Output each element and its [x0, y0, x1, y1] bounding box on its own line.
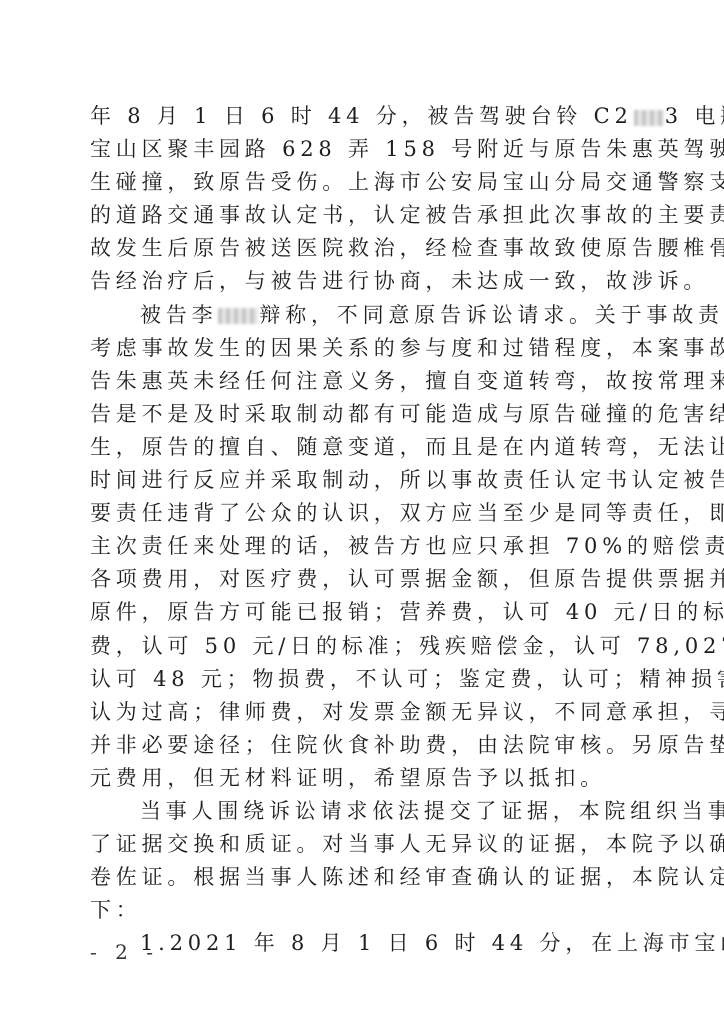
text-line: 并非必要途径；住院伙食补助费，由法院审核。另原告垫付过 200 — [90, 729, 635, 762]
text-segment: 并非必要途径；住院伙食补助费，由法院审核。另原告垫付过 200 — [90, 733, 724, 757]
text-segment: 考虑事故发生的因果关系的参与度和过错程度，本案事故中，原 — [90, 336, 724, 360]
text-segment: 了证据交换和质证。对当事人无异议的证据，本院予以确认并在 — [90, 832, 724, 856]
text-line: 考虑事故发生的因果关系的参与度和过错程度，本案事故中，原 — [90, 332, 635, 365]
text-line: 原件，原告方可能已报销；营养费，认可 40 元/日的标准；护理 — [90, 596, 635, 629]
text-line: 元费用，但无材料证明，希望原告予以抵扣。 — [90, 762, 635, 795]
text-segment: 卷佐证。根据当事人陈述和经审查确认的证据，本院认定事实如 — [90, 865, 724, 889]
text-segment: 3 电瓶车，于上海市 — [665, 104, 724, 128]
text-segment: 原件，原告方可能已报销；营养费，认可 40 元/日的标准；护理 — [90, 600, 724, 624]
text-segment: 辩称，不同意原告诉讼请求。关于事故责任，应 — [259, 303, 724, 327]
text-line: 生碰撞，致原告受伤。上海市公安局宝山分局交通警察支队作出 — [90, 166, 635, 199]
text-segment: 故发生后原告被送医院救治，经检查事故致使原告腰椎骨折。原 — [90, 236, 724, 260]
text-line: 告是不是及时采取制动都有可能造成与原告碰撞的危害结果的发 — [90, 398, 635, 431]
text-segment: 年 8 月 1 日 6 时 44 分，被告驾驶台铃 C2 — [90, 104, 633, 128]
text-segment: 各项费用，对医疗费，认可票据金额，但原告提供票据并非发票 — [90, 567, 724, 591]
text-line: 各项费用，对医疗费，认可票据金额，但原告提供票据并非发票 — [90, 563, 635, 596]
text-line: 生，原告的擅自、随意变道，而且是在内道转弯，无法让被告有 — [90, 431, 635, 464]
text-line: 当事人围绕诉讼请求依法提交了证据，本院组织当事人进行 — [90, 795, 635, 828]
text-line: 认可 48 元；物损费，不认可；鉴定费，认可；精神损害赔偿金， — [90, 663, 635, 696]
redacted-text — [634, 110, 664, 126]
text-line: 告经治疗后，与被告进行协商，未达成一致，故涉诉。 — [90, 265, 635, 298]
text-line: 的道路交通事故认定书，认定被告承担此次事故的主要责任。事 — [90, 199, 635, 232]
text-line: 时间进行反应并采取制动，所以事故责任认定书认定被告承担主 — [90, 464, 635, 497]
text-line: 年 8 月 1 日 6 时 44 分，被告驾驶台铃 C23 电瓶车，于上海市 — [90, 100, 635, 133]
text-segment: 被告李 — [140, 303, 217, 327]
text-line: 告朱惠英未经任何注意义务，擅自变道转弯，故按常理来说，被 — [90, 365, 635, 398]
text-line: 主次责任来处理的话，被告方也应只承担 70%的赔偿责任。关于 — [90, 530, 635, 563]
document-page: 年 8 月 1 日 6 时 44 分，被告驾驶台铃 C23 电瓶车，于上海市宝山… — [0, 0, 724, 1024]
text-segment: 认为过高；律师费，对发票金额无异议，不同意承担，寻求律师 — [90, 700, 724, 724]
text-segment: 费，认可 50 元/日的标准；残疾赔偿金，认可 78,027 元；交通费， — [90, 634, 724, 658]
page-number: - 2 - — [90, 940, 159, 964]
text-line: 了证据交换和质证。对当事人无异议的证据，本院予以确认并在 — [90, 828, 635, 861]
text-segment: 告是不是及时采取制动都有可能造成与原告碰撞的危害结果的发 — [90, 402, 724, 426]
text-segment: 告经治疗后，与被告进行协商，未达成一致，故涉诉。 — [90, 269, 709, 293]
text-segment: 主次责任来处理的话，被告方也应只承担 70%的赔偿责任。关于 — [90, 534, 724, 558]
text-line: 被告李辩称，不同意原告诉讼请求。关于事故责任，应 — [90, 299, 635, 332]
text-segment: 认可 48 元；物损费，不认可；鉴定费，认可；精神损害赔偿金， — [90, 667, 724, 691]
text-line: 费，认可 50 元/日的标准；残疾赔偿金，认可 78,027 元；交通费， — [90, 630, 635, 663]
text-segment: 要责任违背了公众的认识，双方应当至少是同等责任，即便按照 — [90, 501, 724, 525]
text-segment: 当事人围绕诉讼请求依法提交了证据，本院组织当事人进行 — [140, 799, 724, 823]
text-segment: 宝山区聚丰园路 628 弄 158 号附近与原告朱惠英驾驶的自行车发 — [90, 137, 724, 161]
text-line: 故发生后原告被送医院救治，经检查事故致使原告腰椎骨折。原 — [90, 232, 635, 265]
text-line: 卷佐证。根据当事人陈述和经审查确认的证据，本院认定事实如 — [90, 861, 635, 894]
document-body: 年 8 月 1 日 6 时 44 分，被告驾驶台铃 C23 电瓶车，于上海市宝山… — [90, 100, 635, 960]
text-segment: 时间进行反应并采取制动，所以事故责任认定书认定被告承担主 — [90, 468, 724, 492]
text-segment: 告朱惠英未经任何注意义务，擅自变道转弯，故按常理来说，被 — [90, 369, 724, 393]
text-segment: 的道路交通事故认定书，认定被告承担此次事故的主要责任。事 — [90, 203, 724, 227]
text-line: 宝山区聚丰园路 628 弄 158 号附近与原告朱惠英驾驶的自行车发 — [90, 133, 635, 166]
text-line: 要责任违背了公众的认识，双方应当至少是同等责任，即便按照 — [90, 497, 635, 530]
text-line: 1.2021 年 8 月 1 日 6 时 44 分，在上海市宝山区聚丰 — [90, 927, 635, 960]
text-segment: 元费用，但无材料证明，希望原告予以抵扣。 — [90, 766, 606, 790]
redacted-text — [218, 308, 258, 324]
text-segment: 生，原告的擅自、随意变道，而且是在内道转弯，无法让被告有 — [90, 435, 724, 459]
text-line: 认为过高；律师费，对发票金额无异议，不同意承担，寻求律师 — [90, 696, 635, 729]
text-line: 下： — [90, 894, 635, 927]
text-segment: 1.2021 年 8 月 1 日 6 时 44 分，在上海市宝山区聚丰 — [140, 931, 724, 955]
text-segment: 下： — [90, 898, 142, 922]
text-segment: 生碰撞，致原告受伤。上海市公安局宝山分局交通警察支队作出 — [90, 170, 724, 194]
